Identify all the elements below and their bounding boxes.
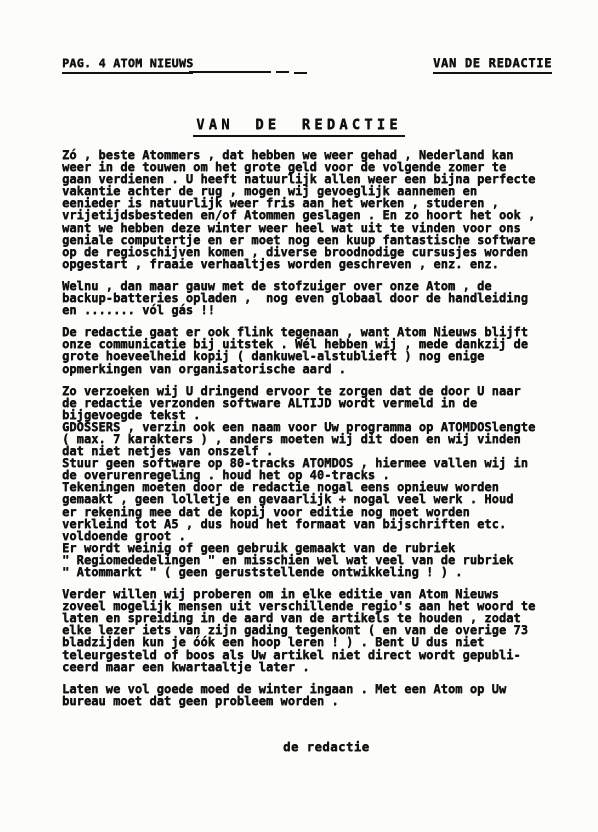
body-paragraph: Laten we vol goede moed de winter ingaan… (62, 683, 562, 707)
page-header-right: VAN DE REDACTIE (433, 56, 552, 74)
body-paragraph: Welnu , dan maar gauw met de stofzuiger … (62, 280, 562, 316)
body-paragraph: De redactie gaat er ook flink tegenaan ,… (62, 326, 562, 374)
article-signature: de redactie (283, 739, 369, 754)
body-paragraph: Verder willen wij proberen om in elke ed… (62, 588, 562, 673)
body-paragraph: Zó , beste Atommers , dat hebben we weer… (62, 149, 562, 270)
header-rule-dash (294, 72, 307, 74)
header-rule-extension (189, 71, 271, 73)
header-rule-dash (276, 71, 289, 73)
article-body: Zó , beste Atommers , dat hebben we weer… (62, 149, 562, 717)
page-header-left: PAG. 4 ATOM NIEUWS (62, 56, 193, 74)
scanned-newsletter-page: PAG. 4 ATOM NIEUWS VAN DE REDACTIE VAN D… (0, 0, 598, 832)
article-title: VAN DE REDACTIE (193, 117, 405, 137)
title-row: VAN DE REDACTIE (0, 114, 598, 137)
body-paragraph: Zo verzoeken wij U dringend ervoor te zo… (62, 385, 562, 579)
